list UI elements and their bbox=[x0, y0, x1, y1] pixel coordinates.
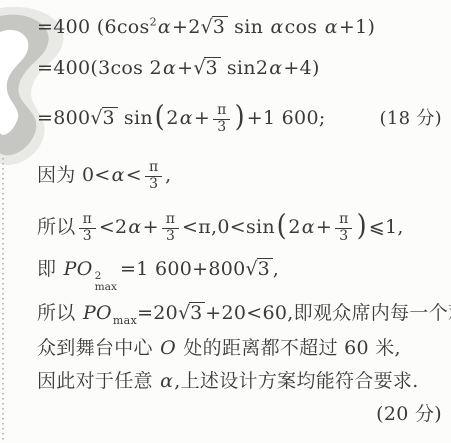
sqrt-radical: √3 bbox=[246, 258, 273, 280]
radicand: 3 bbox=[212, 16, 228, 38]
math-text: 6cos bbox=[104, 16, 149, 38]
fraction-denominator: 3 bbox=[162, 228, 179, 245]
math-text: =20 bbox=[137, 302, 178, 324]
fraction-numerator: π bbox=[79, 212, 96, 228]
math-text: +4) bbox=[283, 57, 319, 79]
math-variable: α bbox=[127, 216, 142, 238]
math-text: + bbox=[143, 216, 159, 238]
math-variable: PO bbox=[82, 302, 113, 324]
math-text: 即 bbox=[37, 258, 63, 280]
radicand: 3 bbox=[189, 302, 205, 324]
math-variable: α bbox=[111, 164, 126, 186]
math-variable: α bbox=[157, 16, 172, 38]
math-text: =400 ( bbox=[37, 16, 104, 38]
math-variable: α bbox=[268, 57, 283, 79]
fraction: π3 bbox=[162, 212, 179, 244]
math-line-eq-step-2: =400(3cos 2α+√3 sin2α+4) bbox=[37, 55, 442, 83]
line-content: 众到舞台中心 O 处的距离都不超过 60 米, bbox=[37, 335, 401, 363]
math-variable: α bbox=[324, 16, 339, 38]
math-text: ⩽1, bbox=[369, 216, 404, 238]
radicand: 3 bbox=[102, 107, 118, 129]
fraction: π3 bbox=[335, 212, 352, 244]
math-variable: α bbox=[269, 16, 284, 38]
math-text: (20 分) bbox=[376, 403, 442, 425]
score-marker: (18 分) bbox=[368, 106, 442, 132]
math-text: +2 bbox=[172, 16, 201, 38]
superscript: 2 bbox=[150, 16, 157, 29]
math-text: =400(3cos 2 bbox=[37, 57, 162, 79]
fraction-denominator: 3 bbox=[145, 176, 162, 193]
page-edge-perforation bbox=[2, 158, 4, 443]
fraction: π3 bbox=[79, 212, 96, 244]
math-variable: PO bbox=[63, 258, 94, 280]
math-text: sin2 bbox=[221, 57, 269, 79]
sup-sub-stack: 2max bbox=[95, 270, 117, 293]
stack-subscript: max bbox=[95, 281, 117, 292]
fraction-numerator: π bbox=[162, 212, 179, 228]
fraction: π3 bbox=[145, 160, 162, 192]
math-text: cos bbox=[285, 16, 324, 38]
math-text: =800 bbox=[37, 107, 90, 129]
math-text: , bbox=[165, 164, 171, 186]
fraction: π3 bbox=[213, 103, 230, 135]
math-text: 因此对于任意 bbox=[37, 370, 159, 392]
fraction-numerator: π bbox=[335, 212, 352, 228]
math-text: <2 bbox=[99, 216, 128, 238]
line-content: (20 分) bbox=[376, 401, 442, 429]
scanned-solution-page: =400 (6cos2α+2√3 sin αcos α+1)=400(3cos … bbox=[0, 0, 451, 443]
math-line-final-score: (20 分) bbox=[37, 401, 442, 429]
math-variable: O bbox=[159, 337, 177, 359]
math-text: +1) bbox=[339, 16, 375, 38]
subscript: max bbox=[113, 314, 137, 327]
sqrt-radical: √3 bbox=[178, 302, 205, 324]
math-line-sin-range: 所以π3<2α+π3<π,0<sin(2α+π3)⩽1, bbox=[37, 206, 442, 250]
math-line-alpha-range: 因为 0<α<π3, bbox=[37, 154, 442, 198]
math-text: < bbox=[126, 164, 142, 186]
math-text: +1 600; bbox=[247, 107, 326, 129]
math-text: 处的距离都不超过 60 米, bbox=[177, 337, 401, 359]
math-text: 众到舞台中心 bbox=[37, 337, 159, 359]
math-text: +20<60,即观众席内每一个观 bbox=[205, 302, 451, 324]
math-text: + bbox=[194, 107, 210, 129]
math-line-po-max-bound: 所以 POmax=20√3+20<60,即观众席内每一个观 bbox=[37, 300, 442, 329]
math-text: 因为 0< bbox=[37, 164, 111, 186]
line-content: 因为 0<α<π3, bbox=[37, 160, 171, 192]
math-text: 2 bbox=[288, 216, 300, 238]
fraction-denominator: 3 bbox=[335, 228, 352, 245]
line-content: 所以 POmax=20√3+20<60,即观众席内每一个观 bbox=[37, 300, 451, 329]
radicand: 3 bbox=[204, 57, 220, 79]
math-text: + bbox=[177, 57, 193, 79]
math-line-eq-step-1: =400 (6cos2α+2√3 sin αcos α+1) bbox=[37, 14, 442, 42]
math-text: sin bbox=[118, 107, 153, 129]
line-content: =400 (6cos2α+2√3 sin αcos α+1) bbox=[37, 14, 375, 42]
math-variable: α bbox=[159, 370, 174, 392]
math-text: 2 bbox=[166, 107, 178, 129]
fraction-numerator: π bbox=[213, 103, 230, 119]
math-line-po-squared-max: 即 PO2max=1 600+800√3, bbox=[37, 256, 442, 293]
math-variable: α bbox=[162, 57, 177, 79]
math-text: 所以 bbox=[37, 302, 82, 324]
fraction-numerator: π bbox=[145, 160, 162, 176]
math-text: + bbox=[316, 216, 332, 238]
math-text: sin bbox=[228, 16, 270, 38]
radicand: 3 bbox=[257, 258, 273, 280]
fraction-denominator: 3 bbox=[79, 228, 96, 245]
math-text: ,上述设计方案均能符合要求. bbox=[174, 370, 418, 392]
fraction-denominator: 3 bbox=[213, 119, 230, 136]
line-content: =400(3cos 2α+√3 sin2α+4) bbox=[37, 55, 320, 83]
line-content: 即 PO2max=1 600+800√3, bbox=[37, 256, 279, 293]
watermark-inner bbox=[0, 30, 28, 135]
math-variable: α bbox=[179, 107, 194, 129]
sqrt-radical: √3 bbox=[193, 57, 220, 79]
sqrt-radical: √3 bbox=[90, 107, 117, 129]
math-line-eq-step-3: =800√3 sin(2α+π3)+1 600;(18 分) bbox=[37, 97, 442, 141]
line-content: =800√3 sin(2α+π3)+1 600; bbox=[37, 103, 326, 135]
math-text: , bbox=[273, 258, 279, 280]
math-text: <π,0<sin bbox=[182, 216, 275, 238]
math-variable: α bbox=[301, 216, 316, 238]
line-content: 因此对于任意 α,上述设计方案均能符合要求. bbox=[37, 368, 419, 396]
math-line-final-conclusion: 因此对于任意 α,上述设计方案均能符合要求. bbox=[37, 368, 442, 396]
sqrt-radical: √3 bbox=[201, 16, 228, 38]
math-line-distance-statement: 众到舞台中心 O 处的距离都不超过 60 米, bbox=[37, 335, 442, 363]
line-content: 所以π3<2α+π3<π,0<sin(2α+π3)⩽1, bbox=[37, 212, 404, 244]
math-text: 所以 bbox=[37, 216, 76, 238]
solution-body: =400 (6cos2α+2√3 sin αcos α+1)=400(3cos … bbox=[37, 12, 442, 428]
math-text: =1 600+800 bbox=[120, 258, 246, 280]
